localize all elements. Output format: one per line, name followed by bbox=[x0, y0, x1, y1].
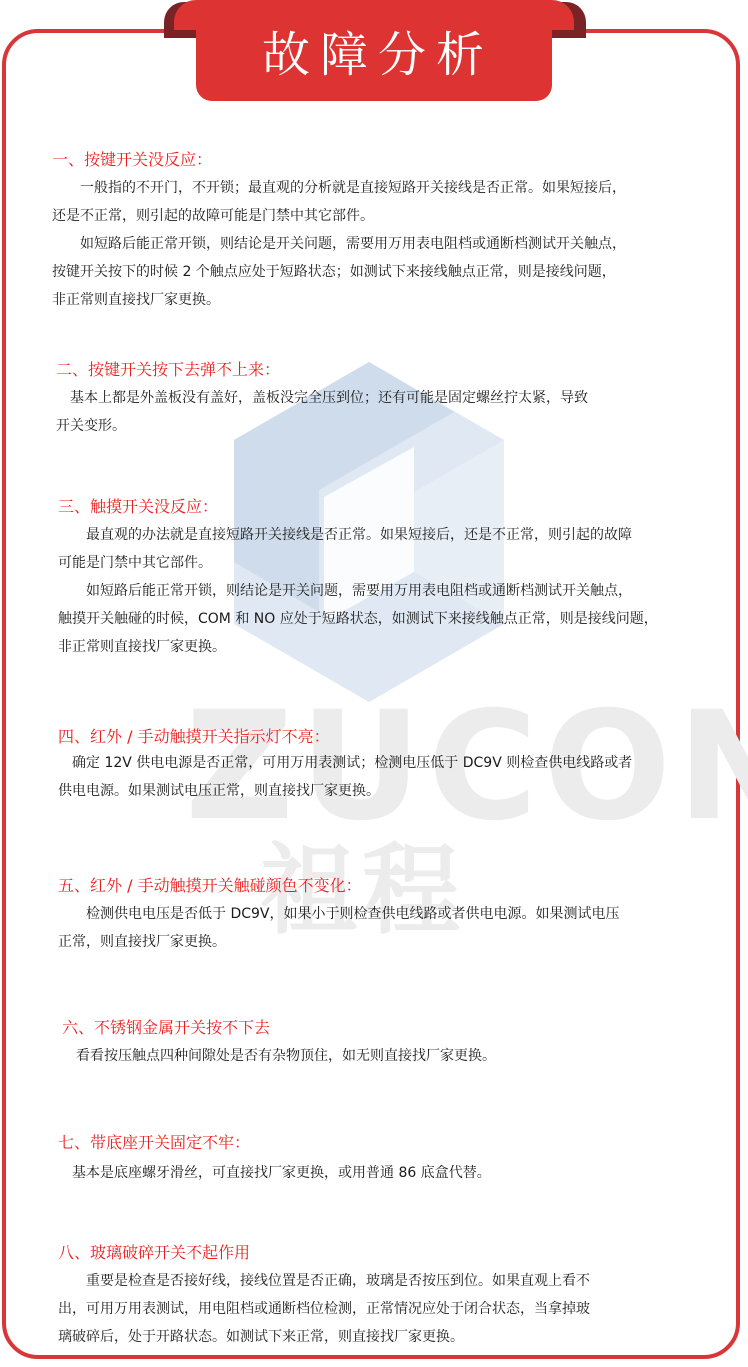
section-heading: 七、带底座开关固定不牢： bbox=[58, 1133, 491, 1153]
section-6: 六、不锈钢金属开关按不下去 看看按压触点四种间隙处是否有杂物顶住，如无则直接找厂… bbox=[62, 1018, 496, 1070]
body-line: 非正常则直接找厂家更换。 bbox=[58, 633, 658, 661]
body-line: 如短路后能正常开锁，则结论是开关问题，需要用万用表电阻档或通断档测试开关触点， bbox=[52, 230, 626, 258]
section-7: 七、带底座开关固定不牢： 基本是底座螺牙滑丝，可直接找厂家更换，或用普通 86 … bbox=[58, 1133, 491, 1187]
body-line: 确定 12V 供电电源是否正常，可用万用表测试；检测电压低于 DC9V 则检查供… bbox=[58, 749, 632, 777]
body-line: 按键开关按下的时候 2 个触点应处于短路状态；如测试下来接线触点正常，则是接线问… bbox=[52, 258, 626, 286]
section-body: 检测供电电压是否低于 DC9V，如果小于则检查供电线路或者供电电源。如果测试电压… bbox=[58, 900, 620, 956]
section-body: 重要是检查是否接好线，接线位置是否正确，玻璃是否按压到位。如果直观上看不 出，可… bbox=[58, 1267, 590, 1351]
section-body: 确定 12V 供电电源是否正常，可用万用表测试；检测电压低于 DC9V 则检查供… bbox=[58, 749, 632, 805]
section-1: 一、按键开关没反应： 一般指的不开门，不开锁；最直观的分析就是直接短路开关接线是… bbox=[52, 150, 626, 314]
section-heading: 八、玻璃破碎开关不起作用 bbox=[58, 1243, 590, 1263]
section-body: 基本上都是外盖板没有盖好，盖板没完全压到位；还有可能是固定螺丝拧太紧，导致 开关… bbox=[56, 384, 588, 440]
section-body: 一般指的不开门，不开锁；最直观的分析就是直接短路开关接线是否正常。如果短接后， … bbox=[52, 174, 626, 314]
body-line: 看看按压触点四种间隙处是否有杂物顶住，如无则直接找厂家更换。 bbox=[62, 1042, 496, 1070]
body-line: 如短路后能正常开锁，则结论是开关问题，需要用万用表电阻档或通断档测试开关触点， bbox=[58, 577, 658, 605]
body-line: 出，可用万用表测试，用电阻档或通断档位检测，正常情况应处于闭合状态，当拿掉玻 bbox=[58, 1295, 590, 1323]
section-heading: 一、按键开关没反应： bbox=[52, 150, 626, 170]
body-line: 璃破碎后，处于开路状态。如测试下来正常，则直接找厂家更换。 bbox=[58, 1323, 590, 1351]
section-body: 基本是底座螺牙滑丝，可直接找厂家更换，或用普通 86 底盒代替。 bbox=[58, 1159, 491, 1187]
section-heading: 五、红外 / 手动触摸开关触碰颜色不变化： bbox=[58, 876, 620, 896]
body-line: 触摸开关触碰的时候，COM 和 NO 应处于短路状态，如测试下来接线触点正常，则… bbox=[58, 605, 658, 633]
body-line: 开关变形。 bbox=[56, 412, 588, 440]
body-line: 供电电源。如果测试电压正常，则直接找厂家更换。 bbox=[58, 777, 632, 805]
section-heading: 六、不锈钢金属开关按不下去 bbox=[62, 1018, 496, 1038]
section-body: 最直观的办法就是直接短路开关接线是否正常。如果短接后，还是不正常，则引起的故障 … bbox=[58, 521, 658, 661]
body-line: 最直观的办法就是直接短路开关接线是否正常。如果短接后，还是不正常，则引起的故障 bbox=[58, 521, 658, 549]
section-5: 五、红外 / 手动触摸开关触碰颜色不变化： 检测供电电压是否低于 DC9V，如果… bbox=[58, 876, 620, 956]
section-heading: 二、按键开关按下去弹不上来： bbox=[56, 360, 588, 380]
body-line: 正常，则直接找厂家更换。 bbox=[58, 928, 620, 956]
body-line: 还是不正常，则引起的故障可能是门禁中其它部件。 bbox=[52, 202, 626, 230]
body-line: 基本上都是外盖板没有盖好，盖板没完全压到位；还有可能是固定螺丝拧太紧，导致 bbox=[56, 384, 588, 412]
section-2: 二、按键开关按下去弹不上来： 基本上都是外盖板没有盖好，盖板没完全压到位；还有可… bbox=[56, 360, 588, 440]
fault-analysis-content: 一、按键开关没反应： 一般指的不开门，不开锁；最直观的分析就是直接短路开关接线是… bbox=[0, 0, 748, 1367]
body-line: 非正常则直接找厂家更换。 bbox=[52, 286, 626, 314]
body-line: 重要是检查是否接好线，接线位置是否正确，玻璃是否按压到位。如果直观上看不 bbox=[58, 1267, 590, 1295]
section-heading: 三、触摸开关没反应： bbox=[58, 497, 658, 517]
body-line: 一般指的不开门，不开锁；最直观的分析就是直接短路开关接线是否正常。如果短接后， bbox=[52, 174, 626, 202]
section-8: 八、玻璃破碎开关不起作用 重要是检查是否接好线，接线位置是否正确，玻璃是否按压到… bbox=[58, 1243, 590, 1351]
section-3: 三、触摸开关没反应： 最直观的办法就是直接短路开关接线是否正常。如果短接后，还是… bbox=[58, 497, 658, 661]
body-line: 可能是门禁中其它部件。 bbox=[58, 549, 658, 577]
section-heading: 四、红外 / 手动触摸开关指示灯不亮： bbox=[58, 727, 632, 747]
section-body: 看看按压触点四种间隙处是否有杂物顶住，如无则直接找厂家更换。 bbox=[62, 1042, 496, 1070]
section-4: 四、红外 / 手动触摸开关指示灯不亮： 确定 12V 供电电源是否正常，可用万用… bbox=[58, 727, 632, 805]
body-line: 基本是底座螺牙滑丝，可直接找厂家更换，或用普通 86 底盒代替。 bbox=[58, 1159, 491, 1187]
body-line: 检测供电电压是否低于 DC9V，如果小于则检查供电线路或者供电电源。如果测试电压 bbox=[58, 900, 620, 928]
